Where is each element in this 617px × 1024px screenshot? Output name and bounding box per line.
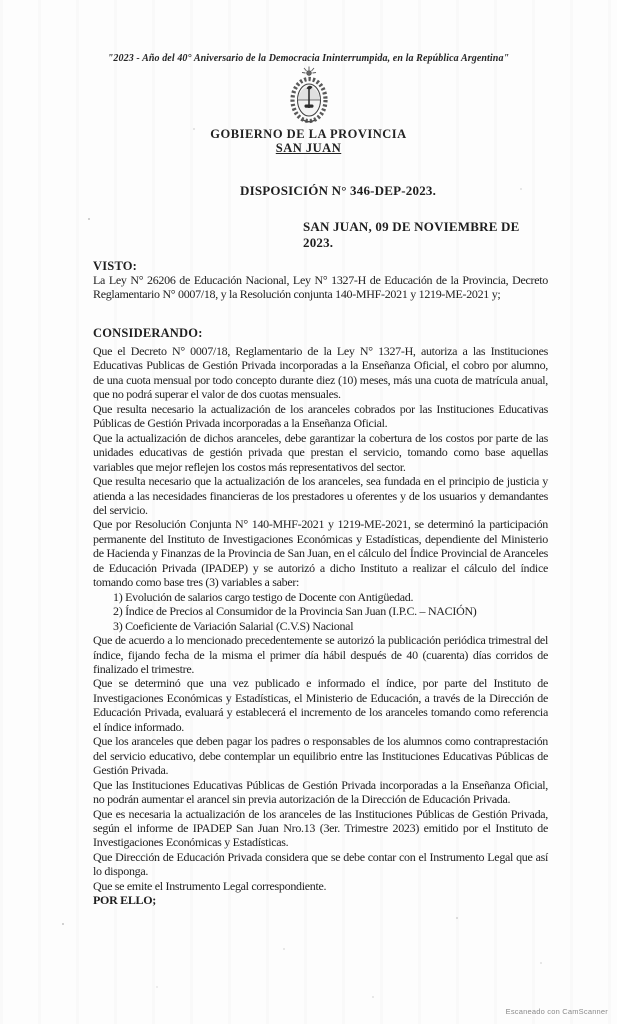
speck xyxy=(520,188,522,190)
province-name: SAN JUAN xyxy=(0,141,617,156)
visto-paragraph: La Ley N° 26206 de Educación Nacional, L… xyxy=(93,273,548,302)
considerando-paragraph: Que las Instituciones Educativas Pública… xyxy=(93,778,548,807)
year-commemoration-quote: "2023 - Año del 40° Aniversario de la De… xyxy=(0,53,617,64)
variable-list-item: 2) Índice de Precios al Consumidor de la… xyxy=(93,604,548,618)
speck xyxy=(372,996,374,998)
scanned-document-page: "2023 - Año del 40° Aniversario de la De… xyxy=(0,0,617,1024)
considerando-paragraph: Que el Decreto N° 0007/18, Reglamentario… xyxy=(93,344,548,402)
camscanner-watermark: Escaneado con CamScanner xyxy=(506,1007,608,1016)
speck xyxy=(156,986,158,988)
speck xyxy=(62,923,64,925)
government-title: GOBIERNO DE LA PROVINCIA xyxy=(0,127,617,142)
speck xyxy=(456,917,458,919)
considerando-paragraph: Que los aranceles que deben pagar los pa… xyxy=(93,734,548,777)
speck xyxy=(88,218,90,220)
considerando-heading: CONSIDERANDO: xyxy=(93,326,203,341)
considerando-paragraph: Que por Resolución Conjunta N° 140-MHF-2… xyxy=(93,517,548,589)
considerando-paragraph: Que de acuerdo a lo mencionado precedent… xyxy=(93,633,548,676)
variable-list-item: 1) Evolución de salarios cargo testigo d… xyxy=(93,590,548,604)
considerando-paragraph: Que resulta necesario la actualización d… xyxy=(93,402,548,431)
speck xyxy=(193,128,195,130)
variable-list-item: 3) Coeficiente de Variación Salarial (C.… xyxy=(93,619,548,633)
speck xyxy=(283,948,285,950)
visto-heading: VISTO: xyxy=(93,259,137,274)
considerando-paragraph: Que es necesaria la actualización de los… xyxy=(93,807,548,850)
coat-of-arms-icon xyxy=(285,66,333,131)
speck xyxy=(540,962,542,964)
considerando-paragraph: Que la actualización de dichos aranceles… xyxy=(93,431,548,474)
considerando-paragraph: Que Dirección de Educación Privada consi… xyxy=(93,850,548,879)
considerando-paragraph: Que resulta necesario que la actualizaci… xyxy=(93,474,548,517)
considerando-paragraph: Que se emite el Instrumento Legal corres… xyxy=(93,879,548,893)
por-ello-heading: POR ELLO; xyxy=(93,893,548,907)
considerando-paragraph: Que se determinó que una vez publicado e… xyxy=(93,676,548,734)
place-date-line: SAN JUAN, 09 DE NOVIEMBRE DE 2023. xyxy=(303,219,548,251)
considerando-text-block: Que el Decreto N° 0007/18, Reglamentario… xyxy=(93,344,548,908)
disposition-number: DISPOSICIÓN N° 346-DEP-2023. xyxy=(240,183,436,199)
